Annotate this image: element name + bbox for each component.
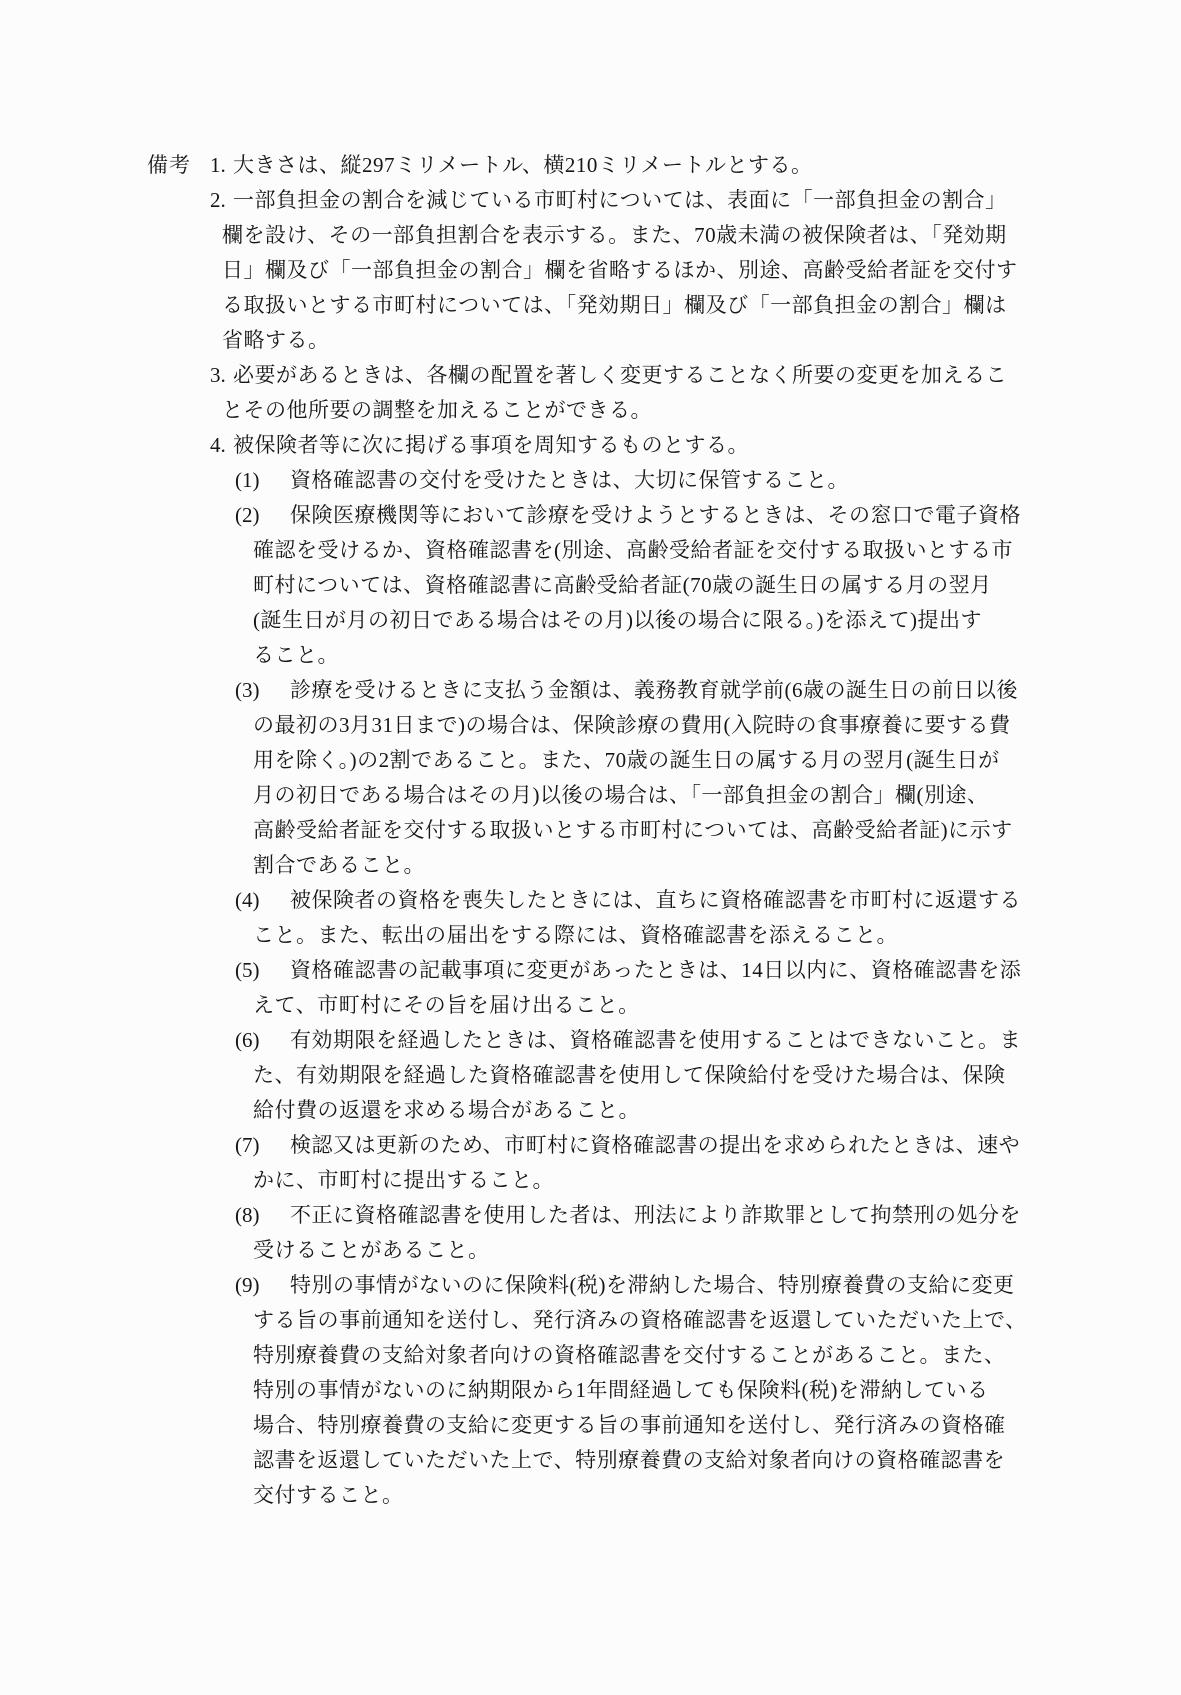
- subitem-6-line-2: た、有効期限を経過した資格確認書を使用して保険給付を受けた場合は、保険: [253, 1058, 1027, 1093]
- subitem-2-text: 保険医療機関等において診療を受けようとするときは、その窓口で電子資格: [290, 503, 1021, 527]
- subitem-9-line-1: (9)特別の事情がないのに保険料(税)を滞納した場合、特別療養費の支給に変更: [235, 1268, 1027, 1303]
- subitem-6-line-1: (6)有効期限を経過したときは、資格確認書を使用することはできないこと。ま: [235, 1023, 1027, 1058]
- remark-item-2-line-5: 省略する。: [222, 323, 1027, 358]
- subitem-9-line-5: 場合、特別療養費の支給に変更する旨の事前通知を送付し、発行済みの資格確: [253, 1408, 1027, 1443]
- remark-item-2-line-2: 欄を設け、その一部負担割合を表示する。また、70歳未満の被保険者は、「発効期: [222, 218, 1027, 253]
- subitem-4-number: (4): [235, 883, 290, 918]
- subitem-9-line-2: する旨の事前通知を送付し、発行済みの資格確認書を返還していただいた上で、: [253, 1303, 1027, 1338]
- subitem-7-line-1: (7)検認又は更新のため、市町村に資格確認書の提出を求められたときは、速や: [235, 1128, 1027, 1163]
- subitem-2-line-5: ること。: [253, 638, 1027, 673]
- subitem-2-line-3: 町村については、資格確認書に高齢受給者証(70歳の誕生日の属する月の翌月: [253, 568, 1027, 603]
- subitem-1-text: 資格確認書の交付を受けたときは、大切に保管すること。: [290, 468, 849, 492]
- subitem-1-line-1: (1)資格確認書の交付を受けたときは、大切に保管すること。: [235, 463, 1027, 498]
- remark-item-2-line-3: 日」欄及び「一部負担金の割合」欄を省略するほか、別途、高齢受給者証を交付す: [222, 253, 1027, 288]
- subitem-9-line-7: 交付すること。: [253, 1478, 1027, 1513]
- subitem-3-line-5: 高齢受給者証を交付する取扱いとする市町村については、高齢受給者証)に示す: [253, 813, 1027, 848]
- subitem-4-line-2: こと。また、転出の届出をする際には、資格確認書を添えること。: [253, 918, 1027, 953]
- subitem-8-number: (8): [235, 1198, 290, 1233]
- remark-item-4-line-1: 4.被保険者等に次に掲げる事項を周知するものとする。: [210, 428, 1027, 463]
- remark-item-3-line-1: 3.必要があるときは、各欄の配置を著しく変更することなく所要の変更を加えるこ: [210, 358, 1027, 393]
- subitem-2-line-1: (2)保険医療機関等において診療を受けようとするときは、その窓口で電子資格: [235, 498, 1027, 533]
- subitem-3-line-3: 用を除く。)の2割であること。また、70歳の誕生日の属する月の翌月(誕生日が: [253, 743, 1027, 778]
- subitem-8-line-2: 受けることがあること。: [253, 1233, 1027, 1268]
- remark-item-1-line-1: 1.大きさは、縦297ミリメートル、横210ミリメートルとする。: [210, 148, 1027, 183]
- subitem-7-line-2: かに、市町村に提出すること。: [253, 1163, 1027, 1198]
- subitem-1-number: (1): [235, 463, 290, 498]
- remark-item-2-number: 2.: [210, 183, 233, 218]
- remark-item-1-text: 大きさは、縦297ミリメートル、横210ミリメートルとする。: [233, 153, 812, 177]
- subitem-2-line-2: 確認を受けるか、資格確認書を(別途、高齢受給者証を交付する取扱いとする市: [253, 533, 1027, 568]
- subitem-4-line-1: (4)被保険者の資格を喪失したときには、直ちに資格確認書を市町村に返還する: [235, 883, 1027, 918]
- remark-item-3-line-2: とその他所要の調整を加えることができる。: [222, 393, 1027, 428]
- subitem-7-number: (7): [235, 1128, 290, 1163]
- subitem-2-line-4: (誕生日が月の初日である場合はその月)以後の場合に限る。)を添えて)提出す: [253, 603, 1027, 638]
- subitem-3-line-2: の最初の3月31日まで)の場合は、保険診療の費用(入院時の食事療養に要する費: [253, 708, 1027, 743]
- subitem-6-line-3: 給付費の返還を求める場合があること。: [253, 1093, 1027, 1128]
- subitem-2-number: (2): [235, 498, 290, 533]
- subitem-3-text: 診療を受けるときに支払う金額は、義務教育就学前(6歳の誕生日の前日以後: [290, 678, 1018, 702]
- subitem-5-line-2: えて、市町村にその旨を届け出ること。: [253, 988, 1027, 1023]
- remark-item-4-text: 被保険者等に次に掲げる事項を周知するものとする。: [233, 433, 749, 457]
- subitem-3-number: (3): [235, 673, 290, 708]
- remarks-list: 1.大きさは、縦297ミリメートル、横210ミリメートルとする。 2.一部負担金…: [210, 148, 1027, 1513]
- remark-item-2-text: 一部負担金の割合を減じている市町村については、表面に「一部負担金の割合」: [233, 188, 1007, 212]
- subitem-6-number: (6): [235, 1023, 290, 1058]
- subitem-5-text: 資格確認書の記載事項に変更があったときは、14日以内に、資格確認書を添: [290, 958, 1021, 982]
- subitem-9-text: 特別の事情がないのに保険料(税)を滞納した場合、特別療養費の支給に変更: [290, 1273, 1014, 1297]
- subitem-5-number: (5): [235, 953, 290, 988]
- subitem-9-line-3: 特別療養費の支給対象者向けの資格確認書を交付することがあること。また、: [253, 1338, 1027, 1373]
- subitem-8-text: 不正に資格確認書を使用した者は、刑法により詐欺罪として拘禁刑の処分を: [290, 1203, 1021, 1227]
- remark-item-1-number: 1.: [210, 148, 233, 183]
- subitem-9-number: (9): [235, 1268, 290, 1303]
- subitem-8-line-1: (8)不正に資格確認書を使用した者は、刑法により詐欺罪として拘禁刑の処分を: [235, 1198, 1027, 1233]
- subitem-9-line-4: 特別の事情がないのに納期限から1年間経過しても保険料(税)を滞納している: [253, 1373, 1027, 1408]
- subitem-3-line-4: 月の初日である場合はその月)以後の場合は、「一部負担金の割合」欄(別途、: [253, 778, 1027, 813]
- remark-item-2-line-1: 2.一部負担金の割合を減じている市町村については、表面に「一部負担金の割合」: [210, 183, 1027, 218]
- subitem-7-text: 検認又は更新のため、市町村に資格確認書の提出を求められたときは、速や: [290, 1133, 1020, 1157]
- remark-item-2-line-4: る取扱いとする市町村については、「発効期日」欄及び「一部負担金の割合」欄は: [222, 288, 1027, 323]
- subitem-4-text: 被保険者の資格を喪失したときには、直ちに資格確認書を市町村に返還する: [290, 888, 1021, 912]
- subitem-5-line-1: (5)資格確認書の記載事項に変更があったときは、14日以内に、資格確認書を添: [235, 953, 1027, 988]
- subitem-9-line-6: 認書を返還していただいた上で、特別療養費の支給対象者向けの資格確認書を: [253, 1443, 1027, 1478]
- subitem-3-line-1: (3)診療を受けるときに支払う金額は、義務教育就学前(6歳の誕生日の前日以後: [235, 673, 1027, 708]
- remark-item-3-number: 3.: [210, 358, 233, 393]
- remark-item-4-number: 4.: [210, 428, 233, 463]
- remark-item-3-text: 必要があるときは、各欄の配置を著しく変更することなく所要の変更を加えるこ: [233, 363, 1007, 387]
- subitem-3-line-6: 割合であること。: [253, 848, 1027, 883]
- subitem-6-text: 有効期限を経過したときは、資格確認書を使用することはできないこと。ま: [290, 1028, 1021, 1052]
- remarks-label: 備考: [147, 148, 191, 183]
- document-page: 備考 1.大きさは、縦297ミリメートル、横210ミリメートルとする。 2.一部…: [0, 0, 1181, 1695]
